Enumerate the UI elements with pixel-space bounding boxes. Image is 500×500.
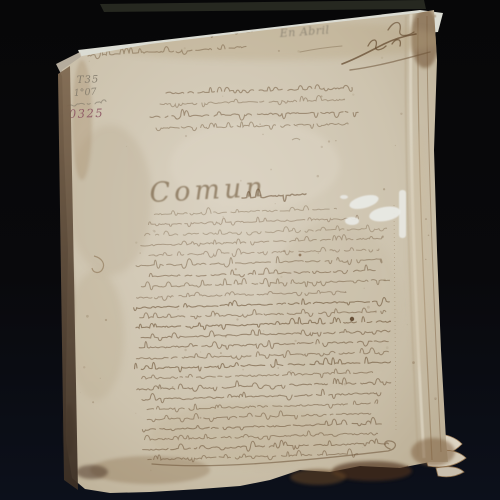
paper-speck [328,140,330,142]
paper-speck [220,225,221,226]
paper-speck [367,306,370,309]
paper-speck [278,50,280,52]
paper-speck [425,218,427,220]
paper-speck [428,235,430,237]
paper-speck [184,47,186,49]
heading-script-text: Comun [149,172,268,209]
curl-3 [436,467,464,477]
paper-speck [277,367,279,369]
paper-speck [386,346,389,349]
paper-speck [172,386,174,388]
paper-speck [135,241,137,243]
paper-speck [352,93,354,95]
margin-code-t35: T35 [77,74,100,86]
paper-speck [89,61,90,62]
manuscript-photo-svg: T35 1°07 0325 En Abril Comun [0,0,500,500]
paper-speck [92,401,94,403]
paper-speck [318,253,319,254]
paper-speck [280,276,282,278]
paper-speck [290,370,292,372]
paper-speck [297,126,298,127]
paper-speck [425,259,426,260]
paper-speck [200,351,201,352]
paper-speck [184,349,186,351]
paper-speck [200,417,202,419]
paper-speck [400,113,402,115]
paper-speck [381,57,383,59]
paper-speck [135,413,136,414]
paper-speck [185,135,187,137]
bundle-cover-sliver [100,0,426,12]
paper-speck [259,123,261,125]
paper-speck [153,230,155,232]
paper-speck [362,447,363,448]
paper-speck [236,318,238,320]
paper-speck [126,146,127,147]
paper-speck [222,96,223,97]
paper-speck [383,188,385,190]
paper-speck [86,315,89,318]
paper-speck [262,134,264,136]
paper-speck [139,252,140,253]
paper-speck [321,146,323,148]
paper-speck [364,288,365,289]
paper-speck [270,169,272,171]
paper-speck [150,470,152,472]
paper-speck [407,324,408,325]
paper-speck [242,369,244,371]
paper-speck [434,397,437,400]
document-photo: T35 1°07 0325 En Abril Comun [0,0,500,500]
paper-speck [275,203,276,204]
paper-speck [222,216,224,218]
paper-speck [177,309,179,311]
paper-speck [105,319,107,321]
paper-speck [335,140,336,141]
paper-speck [100,378,101,379]
paper-speck [297,50,300,53]
paper-speck [263,330,264,331]
ink-blot [350,317,354,321]
paper-speck [235,268,237,270]
paper-speck [80,392,81,393]
paper-speck [294,340,296,342]
margin-code-legajo: 1°07 [73,86,98,99]
paper-speck [220,352,222,354]
paper-speck [395,145,396,146]
paper-speck [317,175,320,178]
paper-speck [83,366,85,368]
archival-number-stamp: 0325 [69,106,105,121]
paper-speck [412,361,415,364]
